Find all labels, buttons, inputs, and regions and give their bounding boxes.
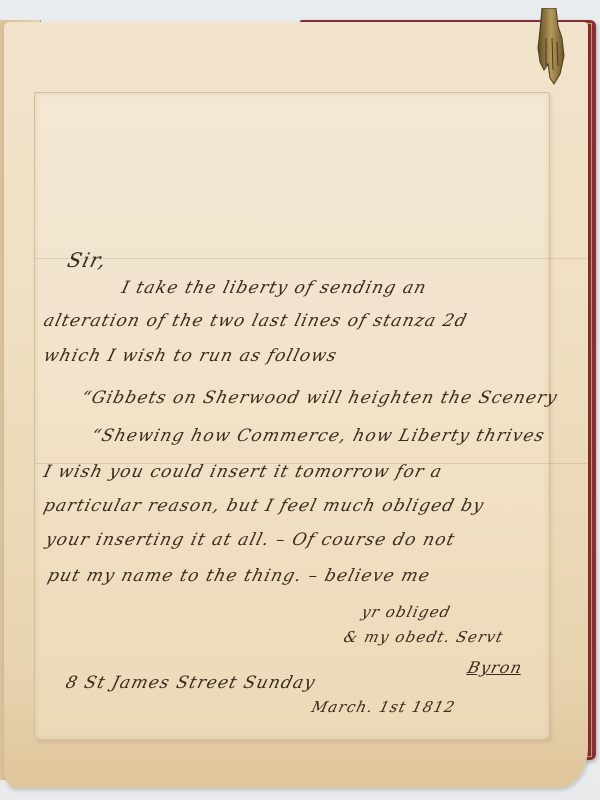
- letter-line: which I wish to run as follows: [42, 346, 340, 366]
- letter-salutation: Sir,: [65, 248, 110, 272]
- letter-signature: Byron: [466, 658, 525, 677]
- letter-line: “Gibbets on Sherwood will heighten the S…: [80, 388, 560, 408]
- letter-line: “Shewing how Commerce, how Liberty thriv…: [90, 426, 548, 446]
- album: Sir, I take the liberty of sending an al…: [0, 8, 600, 788]
- hand-clasp-icon: [528, 8, 568, 86]
- handwritten-letter: Sir, I take the liberty of sending an al…: [44, 98, 544, 718]
- letter-line: your inserting it at all. – Of course do…: [44, 530, 458, 550]
- letter-line: particular reason, but I feel much oblig…: [42, 496, 487, 516]
- letter-line: I take the liberty of sending an: [120, 278, 430, 298]
- letter-date: March. 1st 1812: [310, 698, 458, 716]
- letter-line: I wish you could insert it tomorrow for …: [42, 462, 445, 482]
- letter-closing: & my obedt. Servt: [342, 628, 506, 646]
- letter-line: alteration of the two last lines of stan…: [42, 311, 470, 331]
- letter-address: 8 St James Street Sunday: [64, 673, 318, 693]
- letter-closing: yr obliged: [360, 603, 453, 621]
- letter-line: put my name to the thing. – believe me: [46, 566, 433, 586]
